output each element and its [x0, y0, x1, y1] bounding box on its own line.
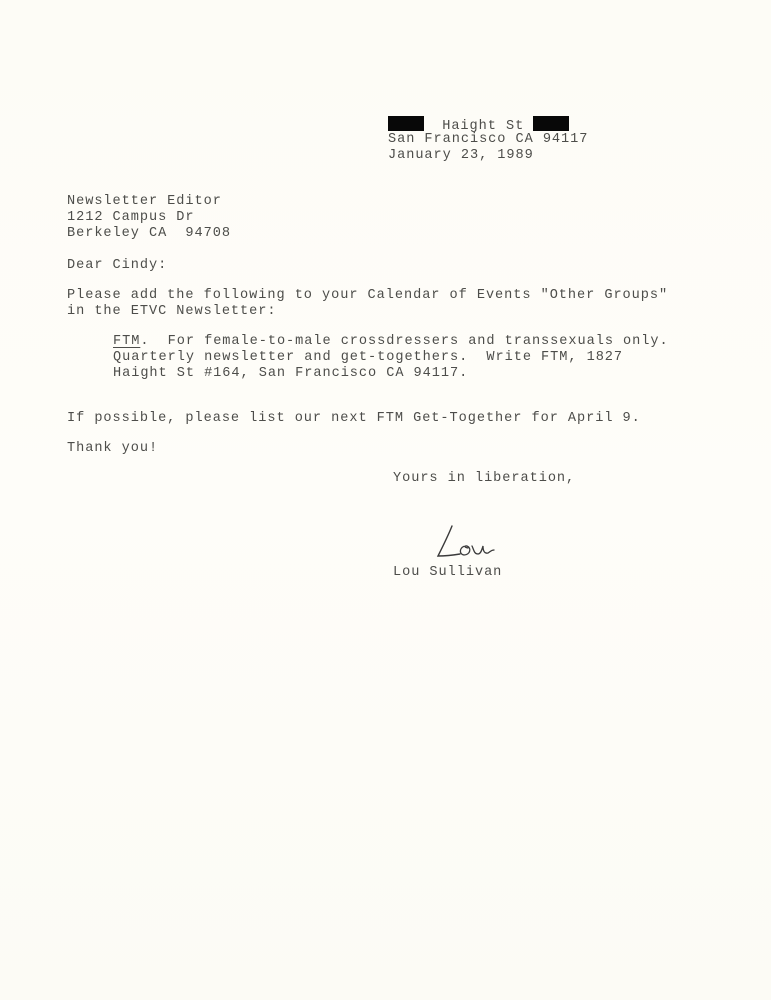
intro-line-1: Please add the following to your Calenda… — [67, 288, 668, 304]
listing-line-3: Haight St #164, San Francisco CA 94117. — [113, 366, 468, 382]
recipient-line-2: 1212 Campus Dr — [67, 210, 195, 226]
intro-line-2: in the ETVC Newsletter: — [67, 304, 276, 320]
recipient-line-1: Newsletter Editor — [67, 194, 222, 210]
listing-group-name: FTM — [113, 334, 140, 349]
listing-line-1: FTM. For female-to-male crossdressers an… — [113, 334, 669, 350]
typed-signature-name: Lou Sullivan — [393, 565, 502, 581]
thanks-line: Thank you! — [67, 441, 158, 457]
valediction: Yours in liberation, — [393, 471, 575, 487]
redaction-bar — [533, 116, 569, 131]
redaction-bar — [388, 116, 424, 131]
request-line: If possible, please list our next FTM Ge… — [67, 411, 641, 427]
recipient-line-3: Berkeley CA 94708 — [67, 226, 231, 242]
salutation: Dear Cindy: — [67, 258, 167, 274]
handwritten-signature: Lou — [432, 522, 512, 562]
letter-date: January 23, 1989 — [388, 148, 534, 164]
letter-page: Haight St San Francisco CA 94117 January… — [0, 0, 771, 1000]
listing-description: . For female-to-male crossdressers and t… — [140, 334, 668, 349]
sender-city-line: San Francisco CA 94117 — [388, 132, 588, 148]
listing-line-2: Quarterly newsletter and get-togethers. … — [113, 350, 623, 366]
